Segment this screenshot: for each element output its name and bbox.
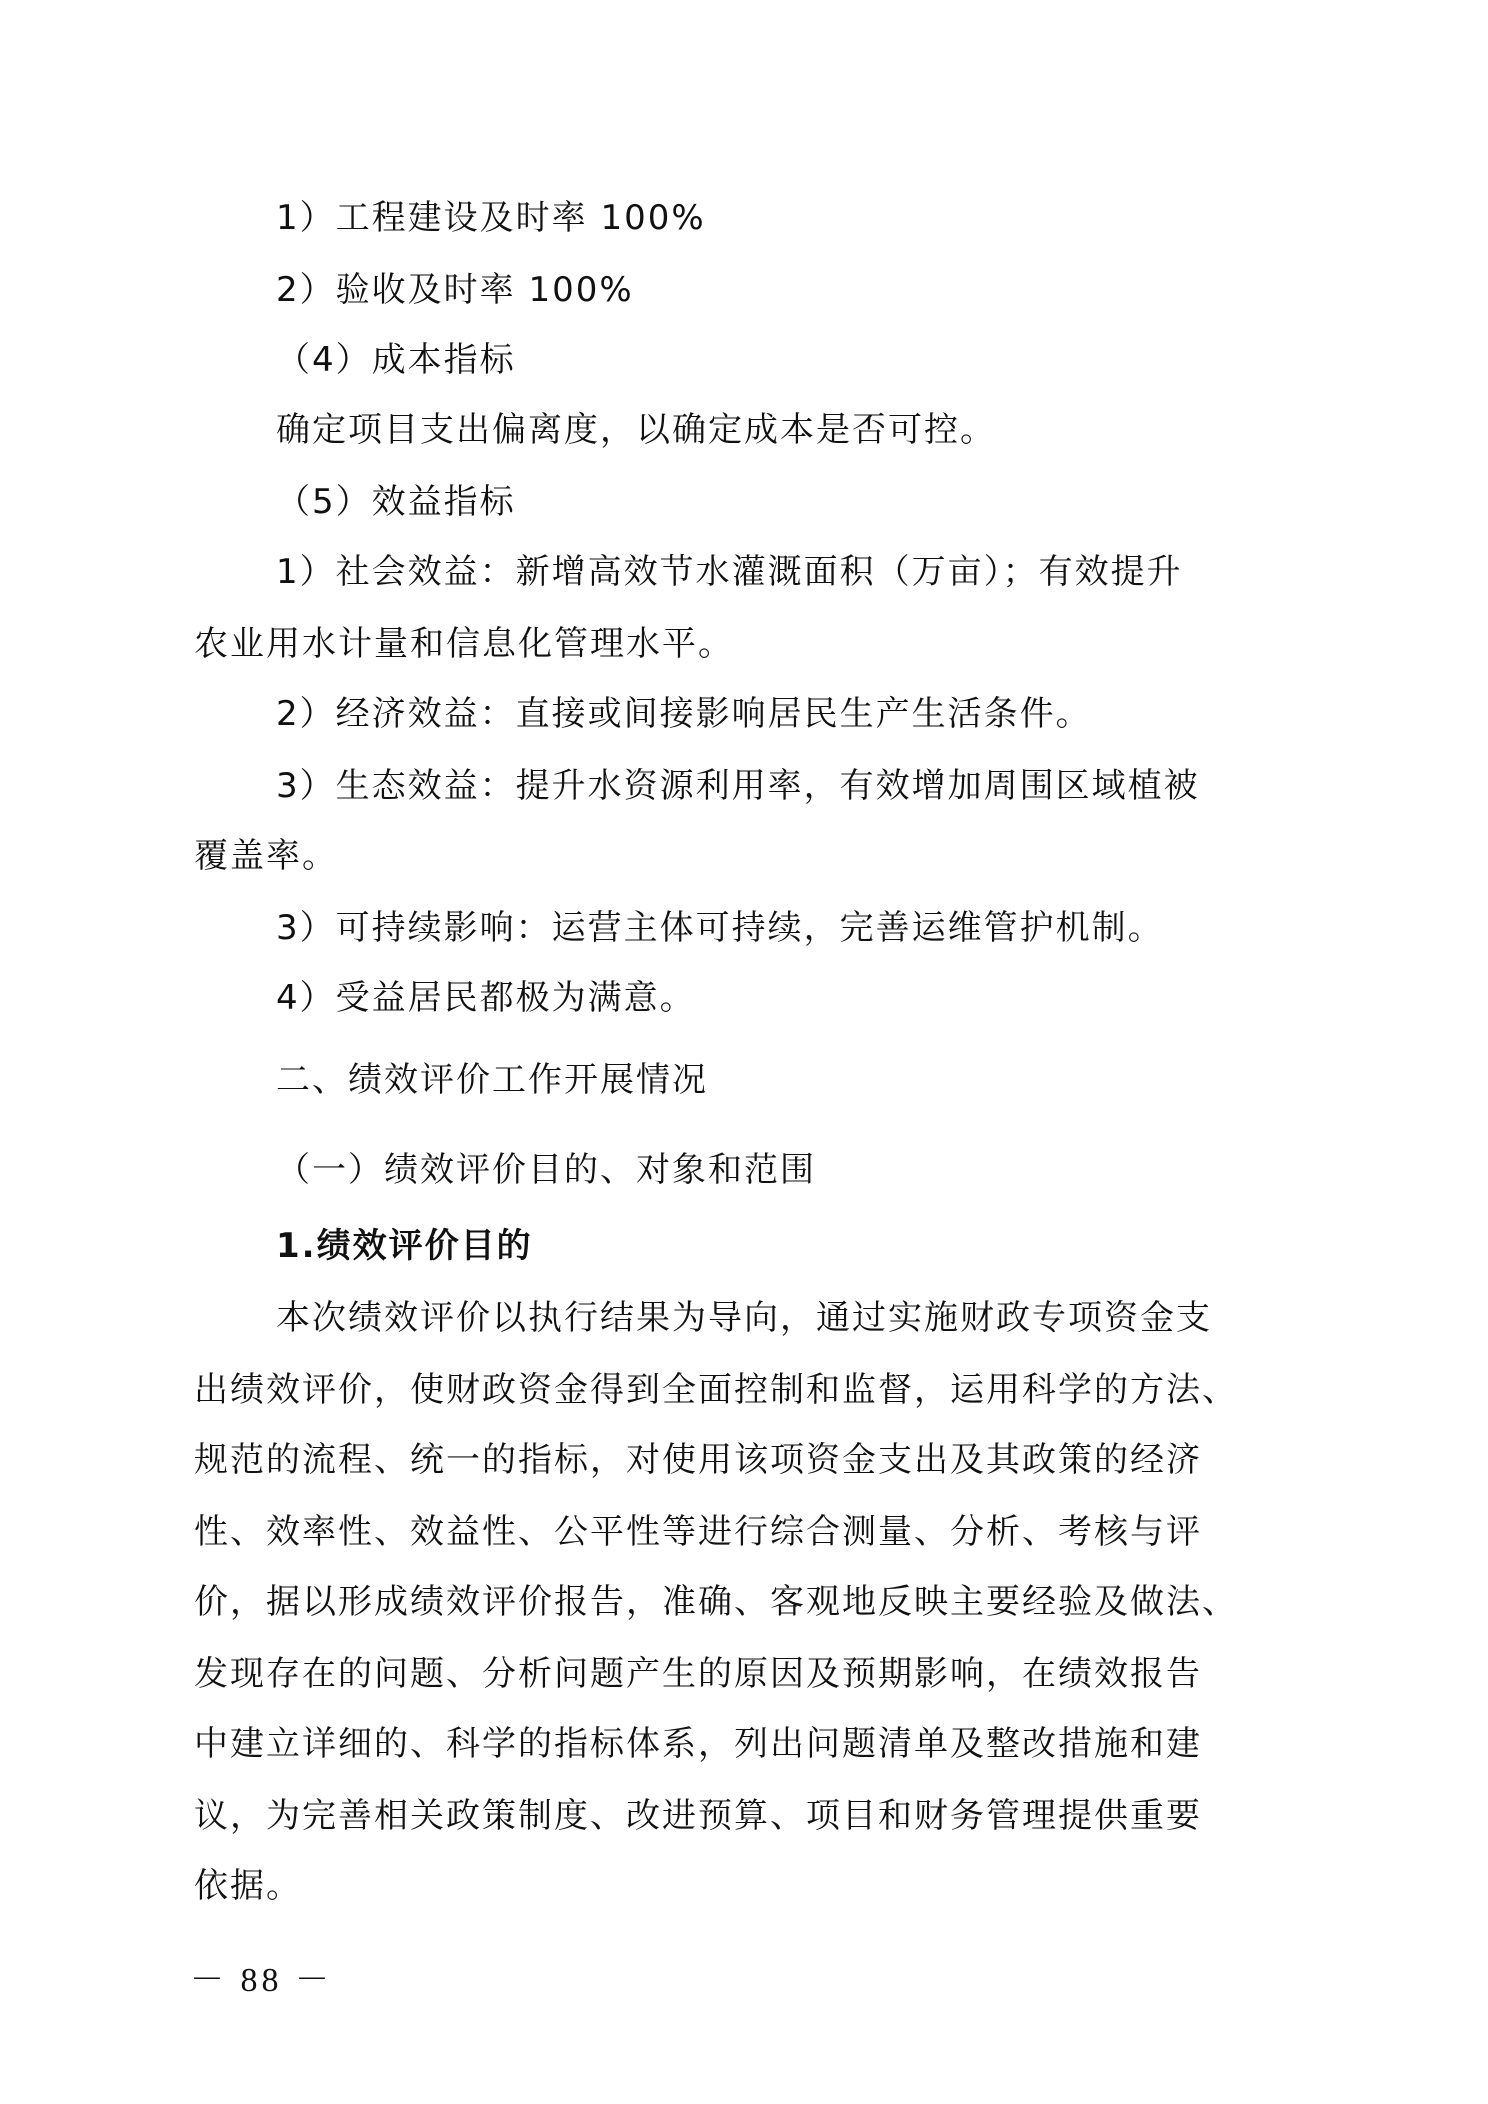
text-line: 1）社会效益：新增高效节水灌溉面积（万亩）；有效提升 (276, 552, 1183, 592)
text-line: 二、绩效评价工作开展情况 (276, 1060, 708, 1100)
text-line: 确定项目支出偏离度，以确定成本是否可控。 (276, 410, 996, 450)
text-line: 1）工程建设及时率 100% (276, 198, 706, 238)
text-line: 本次绩效评价以执行结果为导向，通过实施财政专项资金支 (276, 1298, 1212, 1338)
text-line: 3）生态效益：提升水资源利用率，有效增加周围区域植被 (276, 766, 1200, 806)
text-line: 覆盖率。 (194, 836, 338, 876)
text-line: 规范的流程、统一的指标，对使用该项资金支出及其政策的经济 (194, 1440, 1202, 1480)
text-line: 价，据以形成绩效评价报告，准确、客观地反映主要经验及做法、 (194, 1582, 1238, 1622)
text-line: 发现存在的问题、分析问题产生的原因及预期影响，在绩效报告 (194, 1654, 1202, 1694)
text-line: （4）成本指标 (276, 340, 516, 380)
text-line: 2）经济效益：直接或间接影响居民生产生活条件。 (276, 694, 1092, 734)
page-number: － 88 － (190, 1952, 333, 2001)
text-line: 性、效率性、效益性、公平性等进行综合测量、分析、考核与评 (194, 1512, 1202, 1552)
section-heading: 1.绩效评价目的 (276, 1226, 533, 1266)
text-line: 3）可持续影响：运营主体可持续，完善运维管护机制。 (276, 908, 1164, 948)
text-line: （一）绩效评价目的、对象和范围 (276, 1150, 816, 1190)
text-line: 4）受益居民都极为满意。 (276, 978, 696, 1018)
text-line: 农业用水计量和信息化管理水平。 (194, 624, 734, 664)
text-line: 出绩效评价，使财政资金得到全面控制和监督，运用科学的方法、 (194, 1370, 1238, 1410)
text-line: 议，为完善相关政策制度、改进预算、项目和财务管理提供重要 (194, 1796, 1202, 1836)
text-line: （5）效益指标 (276, 482, 516, 522)
text-line: 2）验收及时率 100% (276, 270, 634, 310)
text-line: 中建立详细的、科学的指标体系，列出问题清单及整改措施和建 (194, 1724, 1202, 1764)
text-line: 依据。 (194, 1866, 302, 1906)
